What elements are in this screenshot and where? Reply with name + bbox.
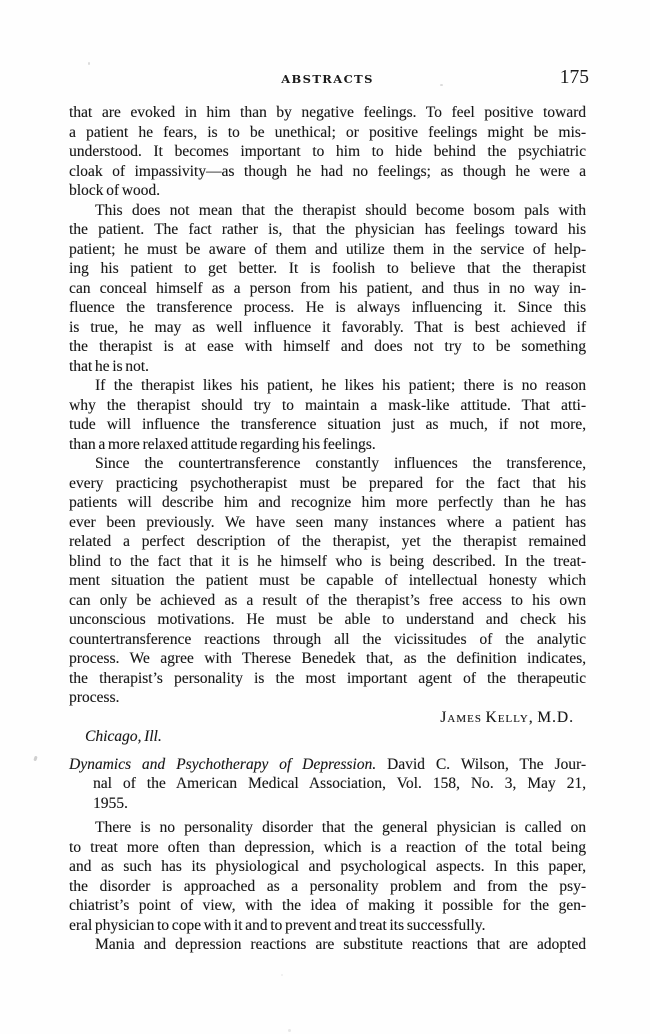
- text-segment: If the therapist likes his patient, he l…: [95, 377, 586, 394]
- body-text-line: countertransference reactions through al…: [69, 630, 586, 650]
- body-text-line: patient; he must be aware of them and ut…: [69, 240, 586, 260]
- scan-speck: [288, 1029, 291, 1032]
- reference-title: Dynamics and Psychotherapy of Depression…: [69, 756, 376, 773]
- text-segment: unconscious motivations. He must be able…: [69, 611, 586, 628]
- body-text-line: This does not mean that the therapist sh…: [69, 201, 586, 221]
- running-title: ABSTRACTS: [69, 72, 586, 86]
- journal-page: ABSTRACTS 175 that are evoked in him tha…: [0, 0, 650, 1034]
- body-text-line: related a perfect description of the the…: [69, 532, 586, 552]
- text-segment: process. We agree with Therese Benedek t…: [69, 650, 586, 667]
- body-text-line: There is no personality disorder that th…: [69, 818, 586, 838]
- body-text-line: process.: [69, 688, 586, 708]
- body-text-line: can conceal himself as a person from his…: [69, 279, 586, 299]
- body-text-line: and as such has its physiological and ps…: [69, 857, 586, 877]
- text-segment: the patient. The fact rather is, that th…: [69, 221, 586, 238]
- text-segment: understood. It becomes important to him …: [69, 143, 586, 160]
- reference-line: 1955.: [69, 794, 586, 814]
- text-segment: the disorder is approached as a personal…: [69, 878, 586, 895]
- body-text-line: tude will influence the transference sit…: [69, 415, 586, 435]
- text-segment: David C. Wilson, The Jour-: [376, 756, 586, 773]
- reference-line: Dynamics and Psychotherapy of Depression…: [69, 755, 586, 775]
- text-segment: nal of the American Medical Association,…: [93, 775, 586, 792]
- text-segment: related a perfect description of the the…: [69, 533, 586, 550]
- text-column: ABSTRACTS 175 that are evoked in him tha…: [69, 72, 586, 955]
- body-text-line: ing his patient to get better. It is foo…: [69, 259, 586, 279]
- text-segment: the therapist is at ease with himself an…: [69, 338, 586, 355]
- text-segment: a patient he fears, is to be unethical; …: [69, 124, 586, 141]
- text-segment: can only be achieved as a result of the …: [69, 592, 586, 609]
- body-text-line: chiatrist’s point of view, with the idea…: [69, 896, 586, 916]
- body-text-line: a patient he fears, is to be unethical; …: [69, 123, 586, 143]
- text-segment: fluence the transference process. He is …: [69, 299, 586, 316]
- text-segment: blind to the fact that it is he himself …: [69, 553, 586, 570]
- text-segment: cloak of impassivity—as though he had no…: [69, 163, 586, 180]
- text-segment: ing his patient to get better. It is foo…: [69, 260, 586, 277]
- body-text-line: blind to the fact that it is he himself …: [69, 552, 586, 572]
- text-segment: why the therapist should try to maintain…: [69, 397, 586, 414]
- text-segment: 1955.: [93, 795, 128, 812]
- text-segment: than a more relaxed attitude regarding h…: [69, 436, 376, 453]
- text-segment: that he is not.: [69, 358, 149, 375]
- scan-speck: [88, 62, 90, 65]
- body-text-line: block of wood.: [69, 181, 586, 201]
- body-text-line: Since the countertransference constantly…: [69, 454, 586, 474]
- text-segment: is true, he may as well influence it fav…: [69, 319, 586, 336]
- running-header: ABSTRACTS 175: [69, 72, 586, 90]
- text-segment: to treat more often than depression, whi…: [69, 839, 586, 856]
- text-segment: and as such has its physiological and ps…: [69, 858, 586, 875]
- page-body: that are evoked in him than by negative …: [69, 103, 586, 955]
- body-text-line: every practicing psychotherapist must be…: [69, 474, 586, 494]
- reference-line: nal of the American Medical Association,…: [69, 774, 586, 794]
- body-text-line: eral physician to cope with it and to pr…: [69, 916, 586, 936]
- signature: James Kelly, M.D.: [69, 708, 586, 728]
- body-text-line: process. We agree with Therese Benedek t…: [69, 649, 586, 669]
- body-text-line: why the therapist should try to maintain…: [69, 396, 586, 416]
- body-text-line: is true, he may as well influence it fav…: [69, 318, 586, 338]
- text-segment: There is no personality disorder that th…: [95, 819, 586, 836]
- scan-speck: [281, 974, 283, 976]
- text-segment: process.: [69, 689, 119, 706]
- text-segment: patient; he must be aware of them and ut…: [69, 241, 586, 258]
- text-segment: This does not mean that the therapist sh…: [95, 202, 586, 219]
- body-text-line: the patient. The fact rather is, that th…: [69, 220, 586, 240]
- body-text-line: the therapist is at ease with himself an…: [69, 337, 586, 357]
- text-segment: block of wood.: [69, 182, 160, 199]
- text-segment: the therapist’s personality is the most …: [69, 670, 586, 687]
- body-text-line: the therapist’s personality is the most …: [69, 669, 586, 689]
- body-text-line: fluence the transference process. He is …: [69, 298, 586, 318]
- text-segment: eral physician to cope with it and to pr…: [69, 917, 485, 934]
- body-text-line: the disorder is approached as a personal…: [69, 877, 586, 897]
- body-text-line: ever been previously. We have seen many …: [69, 513, 586, 533]
- body-text-line: that he is not.: [69, 357, 586, 377]
- text-segment: Since the countertransference constantly…: [95, 455, 586, 472]
- body-text-line: can only be achieved as a result of the …: [69, 591, 586, 611]
- body-text-line: If the therapist likes his patient, he l…: [69, 376, 586, 396]
- body-text-line: Mania and depression reactions are subst…: [69, 935, 586, 955]
- text-segment: countertransference reactions through al…: [69, 631, 586, 648]
- page-number: 175: [560, 67, 589, 89]
- text-segment: can conceal himself as a person from his…: [69, 280, 586, 297]
- text-segment: Mania and depression reactions are subst…: [95, 936, 586, 953]
- body-text-line: understood. It becomes important to him …: [69, 142, 586, 162]
- body-text-line: to treat more often than depression, whi…: [69, 838, 586, 858]
- location: Chicago, Ill.: [69, 727, 586, 747]
- text-segment: patients will describe him and recognize…: [69, 494, 586, 511]
- body-text-line: unconscious motivations. He must be able…: [69, 610, 586, 630]
- body-text-line: than a more relaxed attitude regarding h…: [69, 435, 586, 455]
- text-segment: ment situation the patient must be capab…: [69, 572, 586, 589]
- text-segment: ever been previously. We have seen many …: [69, 514, 586, 531]
- body-text-line: ment situation the patient must be capab…: [69, 571, 586, 591]
- body-text-line: cloak of impassivity—as though he had no…: [69, 162, 586, 182]
- body-text-line: patients will describe him and recognize…: [69, 493, 586, 513]
- scan-speck: [33, 756, 37, 762]
- text-segment: chiatrist’s point of view, with the idea…: [69, 897, 586, 914]
- text-segment: every practicing psychotherapist must be…: [69, 475, 586, 492]
- body-text-line: that are evoked in him than by negative …: [69, 103, 586, 123]
- text-segment: tude will influence the transference sit…: [69, 416, 586, 433]
- text-segment: that are evoked in him than by negative …: [69, 104, 586, 121]
